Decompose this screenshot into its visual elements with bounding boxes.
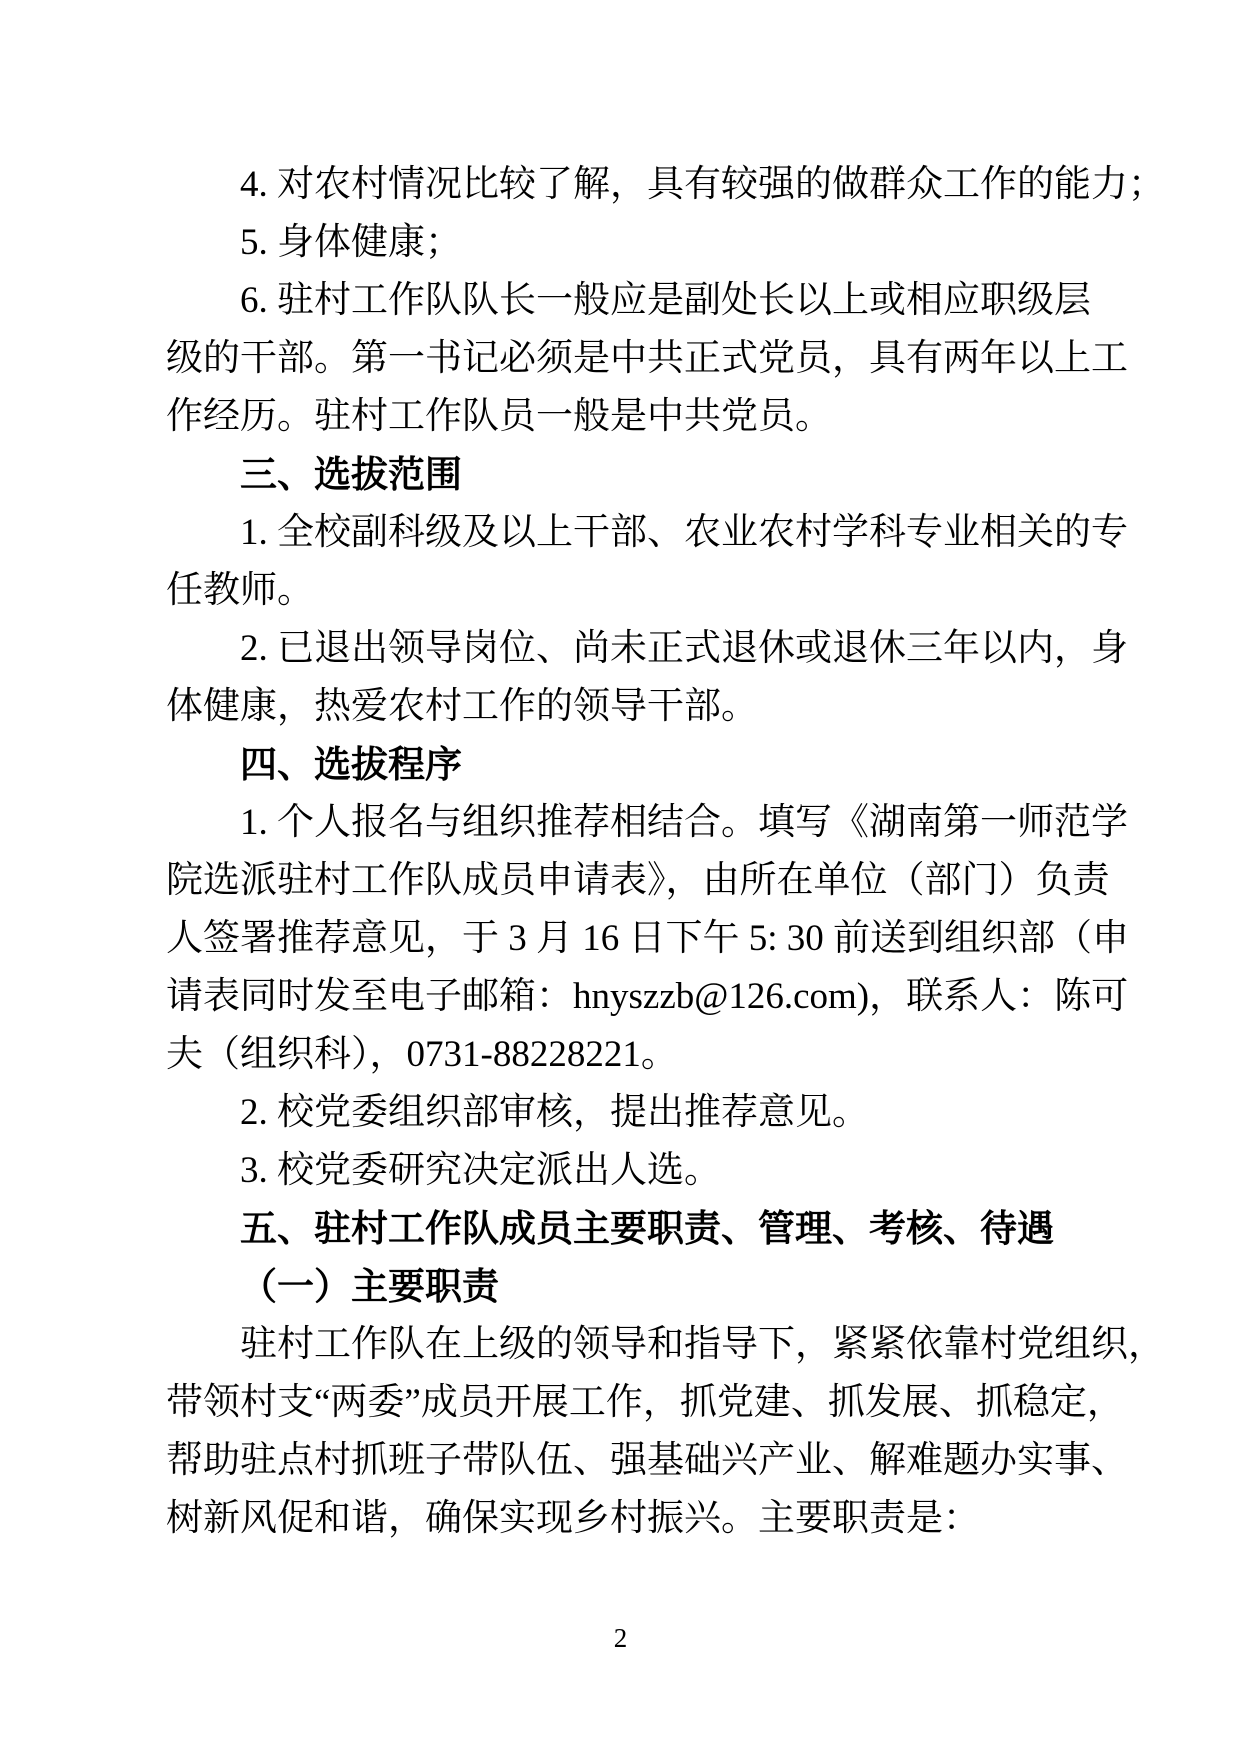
heading-line: 四、选拔程序 — [166, 736, 1075, 794]
body-line: 院选派驻村工作队成员申请表》，由所在单位（部门）负责 — [166, 852, 1075, 910]
paragraph: 6. 驻村工作队队长一般应是副处长以上或相应职级层级的干部。第一书记必须是中共正… — [166, 272, 1075, 446]
paragraph: 2. 已退出领导岗位、尚未正式退休或退休三年以内，身体健康，热爱农村工作的领导干… — [166, 620, 1075, 736]
paragraph: 3. 校党委研究决定派出人选。 — [166, 1142, 1075, 1200]
body-line: 6. 驻村工作队队长一般应是副处长以上或相应职级层 — [166, 272, 1075, 330]
heading-block: 五、驻村工作队成员主要职责、管理、考核、待遇 — [166, 1200, 1075, 1258]
body-line: 2. 已退出领导岗位、尚未正式退休或退休三年以内，身 — [166, 620, 1075, 678]
body-line: 5. 身体健康； — [166, 214, 1075, 272]
body-line: 4. 对农村情况比较了解，具有较强的做群众工作的能力； — [166, 156, 1075, 214]
paragraph: 1. 全校副科级及以上干部、农业农村学科专业相关的专任教师。 — [166, 504, 1075, 620]
document-body: 4. 对农村情况比较了解，具有较强的做群众工作的能力；5. 身体健康；6. 驻村… — [166, 156, 1075, 1548]
heading-line: 三、选拔范围 — [166, 446, 1075, 504]
body-line: 作经历。驻村工作队员一般是中共党员。 — [166, 388, 1075, 446]
body-line: 1. 全校副科级及以上干部、农业农村学科专业相关的专 — [166, 504, 1075, 562]
body-line: 夫（组织科），0731-88228221。 — [166, 1026, 1075, 1084]
body-line: 1. 个人报名与组织推荐相结合。填写《湖南第一师范学 — [166, 794, 1075, 852]
body-line: 请表同时发至电子邮箱：hnyszzb@126.com)，联系人：陈可 — [166, 968, 1075, 1026]
page-number: 2 — [614, 1623, 628, 1653]
paragraph: 4. 对农村情况比较了解，具有较强的做群众工作的能力； — [166, 156, 1075, 214]
paragraph: 1. 个人报名与组织推荐相结合。填写《湖南第一师范学院选派驻村工作队成员申请表》… — [166, 794, 1075, 1084]
heading-block: 四、选拔程序 — [166, 736, 1075, 794]
heading-line: 五、驻村工作队成员主要职责、管理、考核、待遇 — [166, 1200, 1075, 1258]
heading-block: （一）主要职责 — [166, 1258, 1075, 1316]
body-line: 带领村支“两委”成员开展工作，抓党建、抓发展、抓稳定， — [166, 1374, 1075, 1432]
body-line: 3. 校党委研究决定派出人选。 — [166, 1142, 1075, 1200]
document-page: 4. 对农村情况比较了解，具有较强的做群众工作的能力；5. 身体健康；6. 驻村… — [0, 0, 1241, 1755]
body-line: 2. 校党委组织部审核，提出推荐意见。 — [166, 1084, 1075, 1142]
heading-block: 三、选拔范围 — [166, 446, 1075, 504]
body-line: 树新风促和谐，确保实现乡村振兴。主要职责是： — [166, 1490, 1075, 1548]
page-footer: 2 — [0, 1622, 1241, 1654]
body-line: 体健康，热爱农村工作的领导干部。 — [166, 678, 1075, 736]
body-line: 驻村工作队在上级的领导和指导下，紧紧依靠村党组织， — [166, 1316, 1075, 1374]
heading-line: （一）主要职责 — [166, 1258, 1075, 1316]
body-line: 任教师。 — [166, 562, 1075, 620]
body-line: 帮助驻点村抓班子带队伍、强基础兴产业、解难题办实事、 — [166, 1432, 1075, 1490]
paragraph: 5. 身体健康； — [166, 214, 1075, 272]
body-line: 级的干部。第一书记必须是中共正式党员，具有两年以上工 — [166, 330, 1075, 388]
paragraph: 驻村工作队在上级的领导和指导下，紧紧依靠村党组织，带领村支“两委”成员开展工作，… — [166, 1316, 1075, 1548]
paragraph: 2. 校党委组织部审核，提出推荐意见。 — [166, 1084, 1075, 1142]
body-line: 人签署推荐意见，于 3 月 16 日下午 5: 30 前送到组织部（申 — [166, 910, 1075, 968]
